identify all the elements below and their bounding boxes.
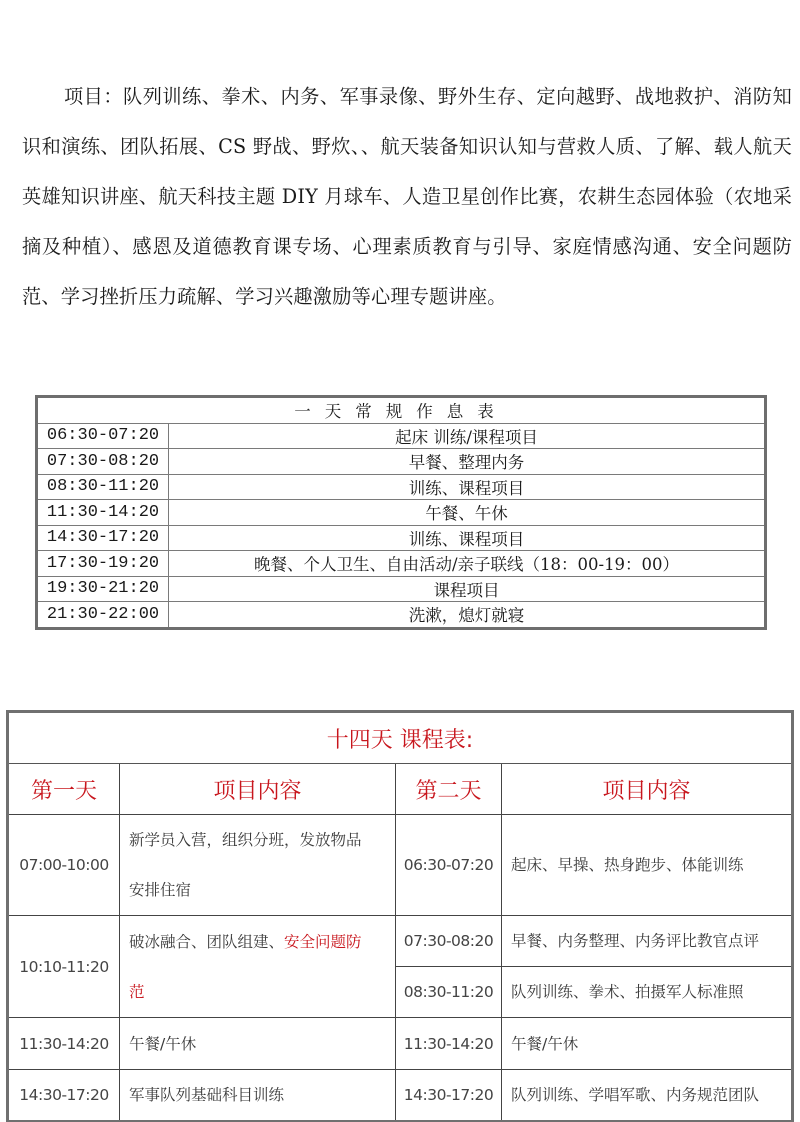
time-cell: 14:30-17:20 (37, 525, 169, 551)
header-content1: 项目内容 (120, 764, 396, 815)
day2-content-cell: 午餐/午休 (502, 1018, 793, 1070)
table-row: 14:30-17:20 训练、课程项目 (37, 525, 766, 551)
day1-time-cell: 14:30-17:20 (8, 1070, 120, 1122)
day2-time-cell: 14:30-17:20 (396, 1070, 502, 1122)
table-row: 14:30-17:20 军事队列基础科目训练 14:30-17:20 队列训练、… (8, 1070, 793, 1122)
content-line: 破冰融合、团队组建、安全问题防 (129, 917, 395, 967)
table-row: 07:00-10:00 新学员入营，组织分班，发放物品 安排住宿 06:30-0… (8, 815, 793, 916)
time-cell: 21:30-22:00 (37, 602, 169, 629)
activity-cell: 训练、课程项目 (169, 525, 766, 551)
day1-content-cell: 午餐/午休 (120, 1018, 396, 1070)
course-schedule-title: 十四天 课程表: (8, 712, 793, 764)
header-content2: 项目内容 (502, 764, 793, 815)
day1-content-cell: 新学员入营，组织分班，发放物品 安排住宿 (120, 815, 396, 916)
activity-cell: 早餐、整理内务 (169, 449, 766, 475)
table-row: 21:30-22:00 洗漱，熄灯就寝 (37, 602, 766, 629)
table-row: 19:30-21:20 课程项目 (37, 576, 766, 602)
activity-cell: 课程项目 (169, 576, 766, 602)
daily-schedule-title: 一天常规作息表 (37, 397, 766, 424)
daily-title-row: 一天常规作息表 (37, 397, 766, 424)
day2-time-cell: 11:30-14:20 (396, 1018, 502, 1070)
time-cell: 07:30-08:20 (37, 449, 169, 475)
table-row: 08:30-11:20 训练、课程项目 (37, 474, 766, 500)
table-row: 17:30-19:20 晚餐、个人卫生、自由活动/亲子联线（18：00-19：0… (37, 551, 766, 577)
daily-schedule-table: 一天常规作息表 06:30-07:20 起床 训练/课程项目 07:30-08:… (35, 395, 767, 630)
table-row: 06:30-07:20 起床 训练/课程项目 (37, 423, 766, 449)
time-cell: 06:30-07:20 (37, 423, 169, 449)
day2-content-cell: 队列训练、学唱军歌、内务规范团队 (502, 1070, 793, 1122)
course-title-row: 十四天 课程表: (8, 712, 793, 764)
day1-time-cell: 07:00-10:00 (8, 815, 120, 916)
table-row: 10:10-11:20 破冰融合、团队组建、安全问题防 范 07:30-08:2… (8, 916, 793, 967)
day2-time-cell: 07:30-08:20 (396, 916, 502, 967)
activity-cell: 起床 训练/课程项目 (169, 423, 766, 449)
day1-time-cell: 10:10-11:20 (8, 916, 120, 1018)
table-row: 11:30-14:20 午餐/午休 11:30-14:20 午餐/午休 (8, 1018, 793, 1070)
day2-time-cell: 06:30-07:20 (396, 815, 502, 916)
activity-cell: 午餐、午休 (169, 500, 766, 526)
day1-content-cell: 破冰融合、团队组建、安全问题防 范 (120, 916, 396, 1018)
day2-content-cell: 早餐、内务整理、内务评比教官点评 (502, 916, 793, 967)
activity-cell: 洗漱，熄灯就寝 (169, 602, 766, 629)
content-plain-text: 破冰融合、团队组建、 (129, 933, 284, 951)
intro-paragraph: 项目：队列训练、拳术、内务、军事录像、野外生存、定向越野、战地救护、消防知识和演… (22, 72, 792, 322)
content-line: 安排住宿 (129, 865, 395, 915)
time-cell: 08:30-11:20 (37, 474, 169, 500)
day1-time-cell: 11:30-14:20 (8, 1018, 120, 1070)
activity-cell: 晚餐、个人卫生、自由活动/亲子联线（18：00-19：00） (169, 551, 766, 577)
content-highlight-text: 安全问题防 (284, 933, 362, 951)
header-day1: 第一天 (8, 764, 120, 815)
activity-cell: 训练、课程项目 (169, 474, 766, 500)
time-cell: 19:30-21:20 (37, 576, 169, 602)
table-row: 11:30-14:20 午餐、午休 (37, 500, 766, 526)
content-line: 新学员入营，组织分班，发放物品 (129, 815, 395, 865)
day2-time-cell: 08:30-11:20 (396, 967, 502, 1018)
time-cell: 17:30-19:20 (37, 551, 169, 577)
day2-content-cell: 起床、早操、热身跑步、体能训练 (502, 815, 793, 916)
content-highlight-text: 范 (129, 967, 395, 1017)
table-row: 07:30-08:20 早餐、整理内务 (37, 449, 766, 475)
course-schedule-table: 十四天 课程表: 第一天 项目内容 第二天 项目内容 07:00-10:00 新… (6, 710, 794, 1122)
course-header-row: 第一天 项目内容 第二天 项目内容 (8, 764, 793, 815)
time-cell: 11:30-14:20 (37, 500, 169, 526)
header-day2: 第二天 (396, 764, 502, 815)
day1-content-cell: 军事队列基础科目训练 (120, 1070, 396, 1122)
day2-content-cell: 队列训练、拳术、拍摄军人标准照 (502, 967, 793, 1018)
